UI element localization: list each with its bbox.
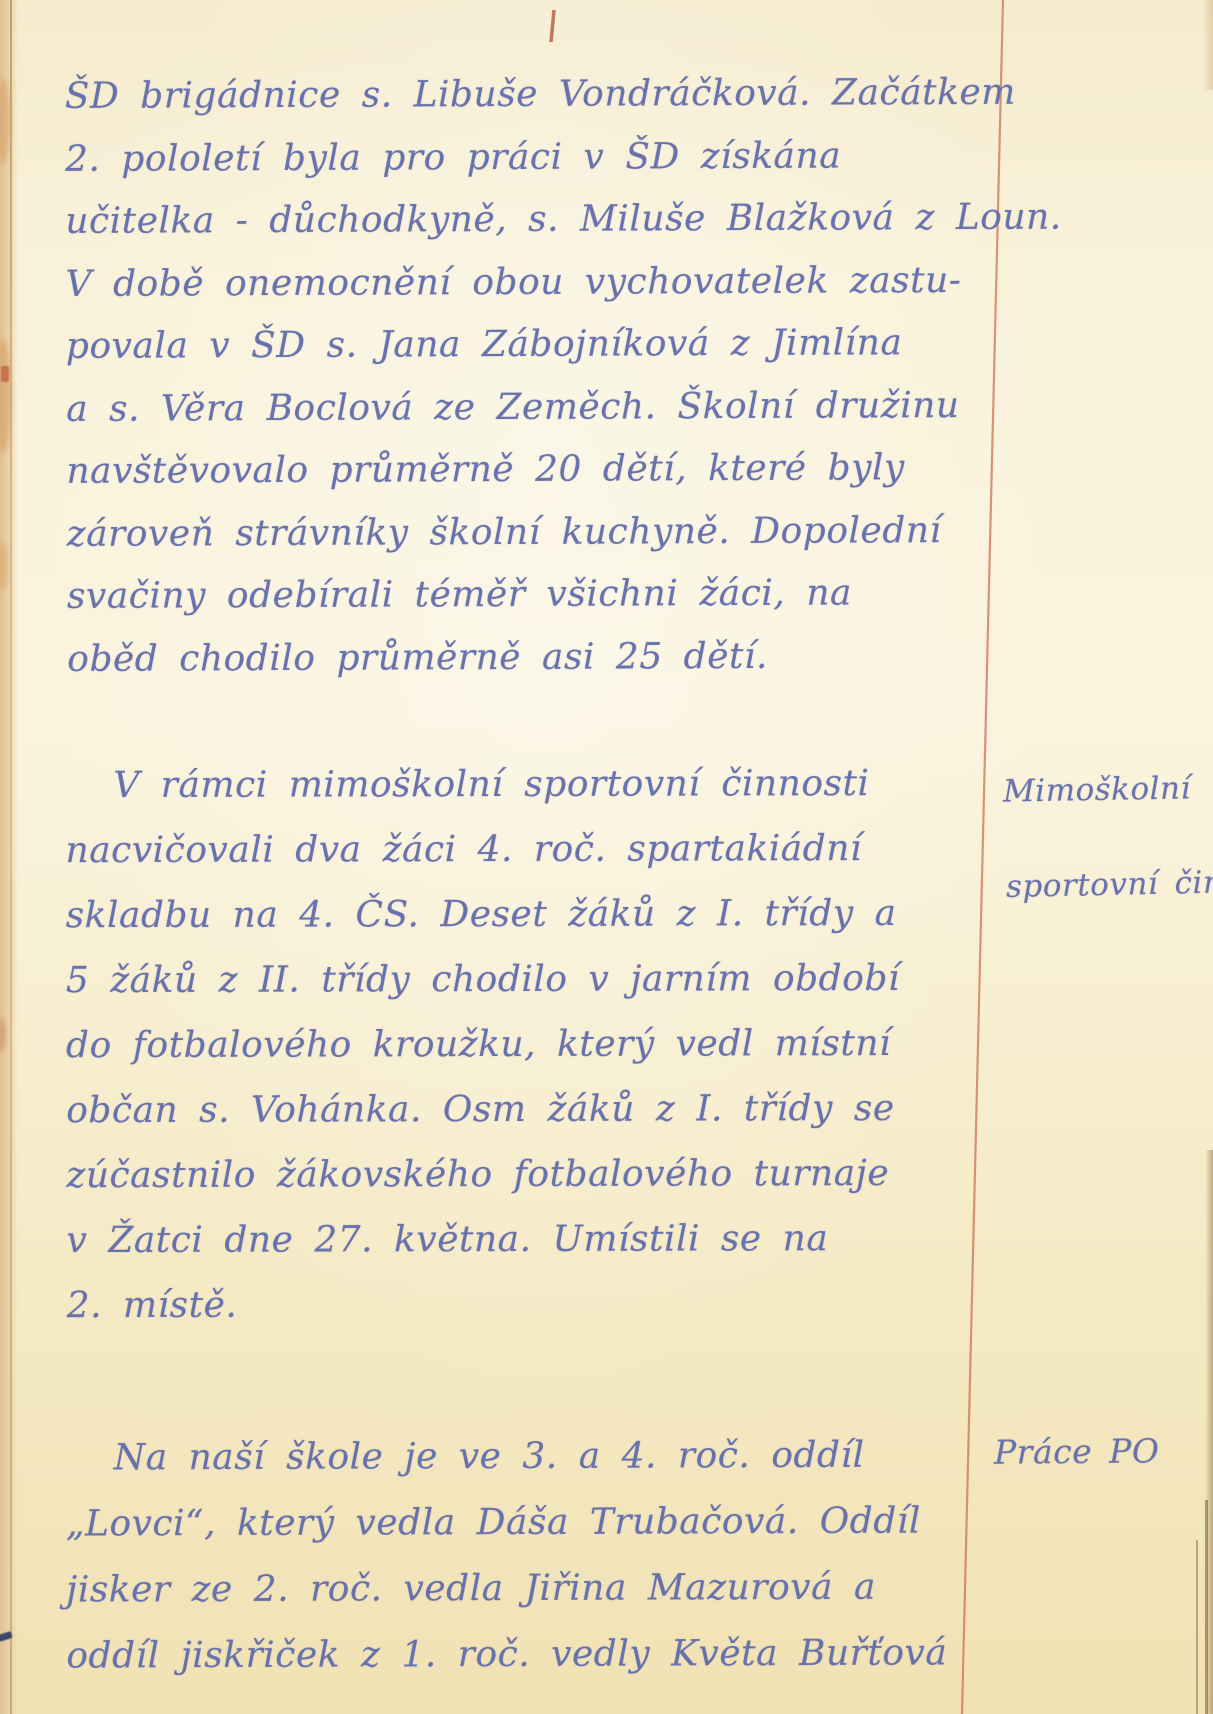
margin-note: Mimoškolní (1003, 770, 1191, 809)
paragraph-sport-activity: V rámci mimoškolní sportovní činnostinac… (65, 751, 937, 1338)
paragraph-school-club: ŠD brigádnice s. Libuše Vondráčková. Zač… (65, 62, 938, 691)
handwritten-line: „Lovci“, který vedla Dáša Trubačová. Odd… (66, 1488, 936, 1557)
red-top-dash (551, 10, 554, 42)
handwritten-line: 2. místě. (67, 1271, 937, 1338)
handwritten-line: Na naší škole je ve 3. a 4. roč. oddíl (66, 1422, 936, 1491)
handwritten-line: a s. Věra Boclová ze Zeměch. Školní druž… (66, 375, 936, 441)
scanned-page: ŠD brigádnice s. Libuše Vondráčková. Zač… (0, 0, 1213, 1714)
handwritten-line: povala v ŠD s. Jana Zábojníková z Jimlín… (66, 312, 936, 378)
handwritten-line: zároveň strávníky školní kuchyně. Dopole… (67, 500, 937, 566)
handwritten-line: učitelka - důchodkyně, s. Miluše Blažkov… (65, 187, 935, 253)
handwritten-line: nacvičovali dva žáci 4. roč. spartakiádn… (65, 816, 935, 883)
handwritten-line: občan s. Vohánka. Osm žáků z I. třídy se (66, 1076, 936, 1143)
page-edge-line (1205, 1500, 1208, 1714)
handwritten-line: ŠD brigádnice s. Libuše Vondráčková. Zač… (65, 62, 935, 128)
handwritten-line: 2. pololetí byla pro práci v ŠD získána (65, 125, 935, 191)
handwritten-line: V rámci mimoškolní sportovní činnosti (65, 751, 935, 818)
handwritten-line: do fotbalového kroužku, který vedl místn… (66, 1011, 936, 1078)
page-edge-shadow (1203, 0, 1213, 90)
red-edge-mark (1, 366, 9, 382)
handwritten-line: oddíl jiskřiček z 1. roč. vedly Květa Bu… (66, 1620, 936, 1689)
handwritten-line: skladbu na 4. ČS. Deset žáků z I. třídy … (66, 881, 936, 948)
handwritten-line: v Žatci dne 27. května. Umístili se na (66, 1206, 936, 1273)
binding-crease-line (10, 0, 12, 1714)
handwritten-line: oběd chodilo průměrně asi 25 dětí. (67, 625, 937, 691)
handwritten-line: navštěvovalo průměrně 20 dětí, které byl… (66, 437, 936, 503)
handwritten-line: 5 žáků z II. třídy chodilo v jarním obdo… (66, 946, 936, 1013)
handwritten-line: zúčastnilo žákovského fotbalového turnaj… (66, 1141, 936, 1208)
page-edge-line (1196, 1540, 1198, 1714)
handwritten-line: jisker ze 2. roč. vedla Jiřina Mazurová … (66, 1554, 936, 1623)
paragraph-pioneer-work: Na naší škole je ve 3. a 4. roč. oddíl„L… (66, 1422, 937, 1689)
handwritten-line: svačiny odebírali téměř všichni žáci, na (67, 562, 937, 628)
margin-note: Práce PO (994, 1431, 1160, 1471)
handwritten-line: V době onemocnění obou vychovatelek zast… (65, 250, 935, 316)
margin-note: sportovní činnost (1006, 863, 1213, 905)
page-binding-edge (0, 0, 18, 1714)
